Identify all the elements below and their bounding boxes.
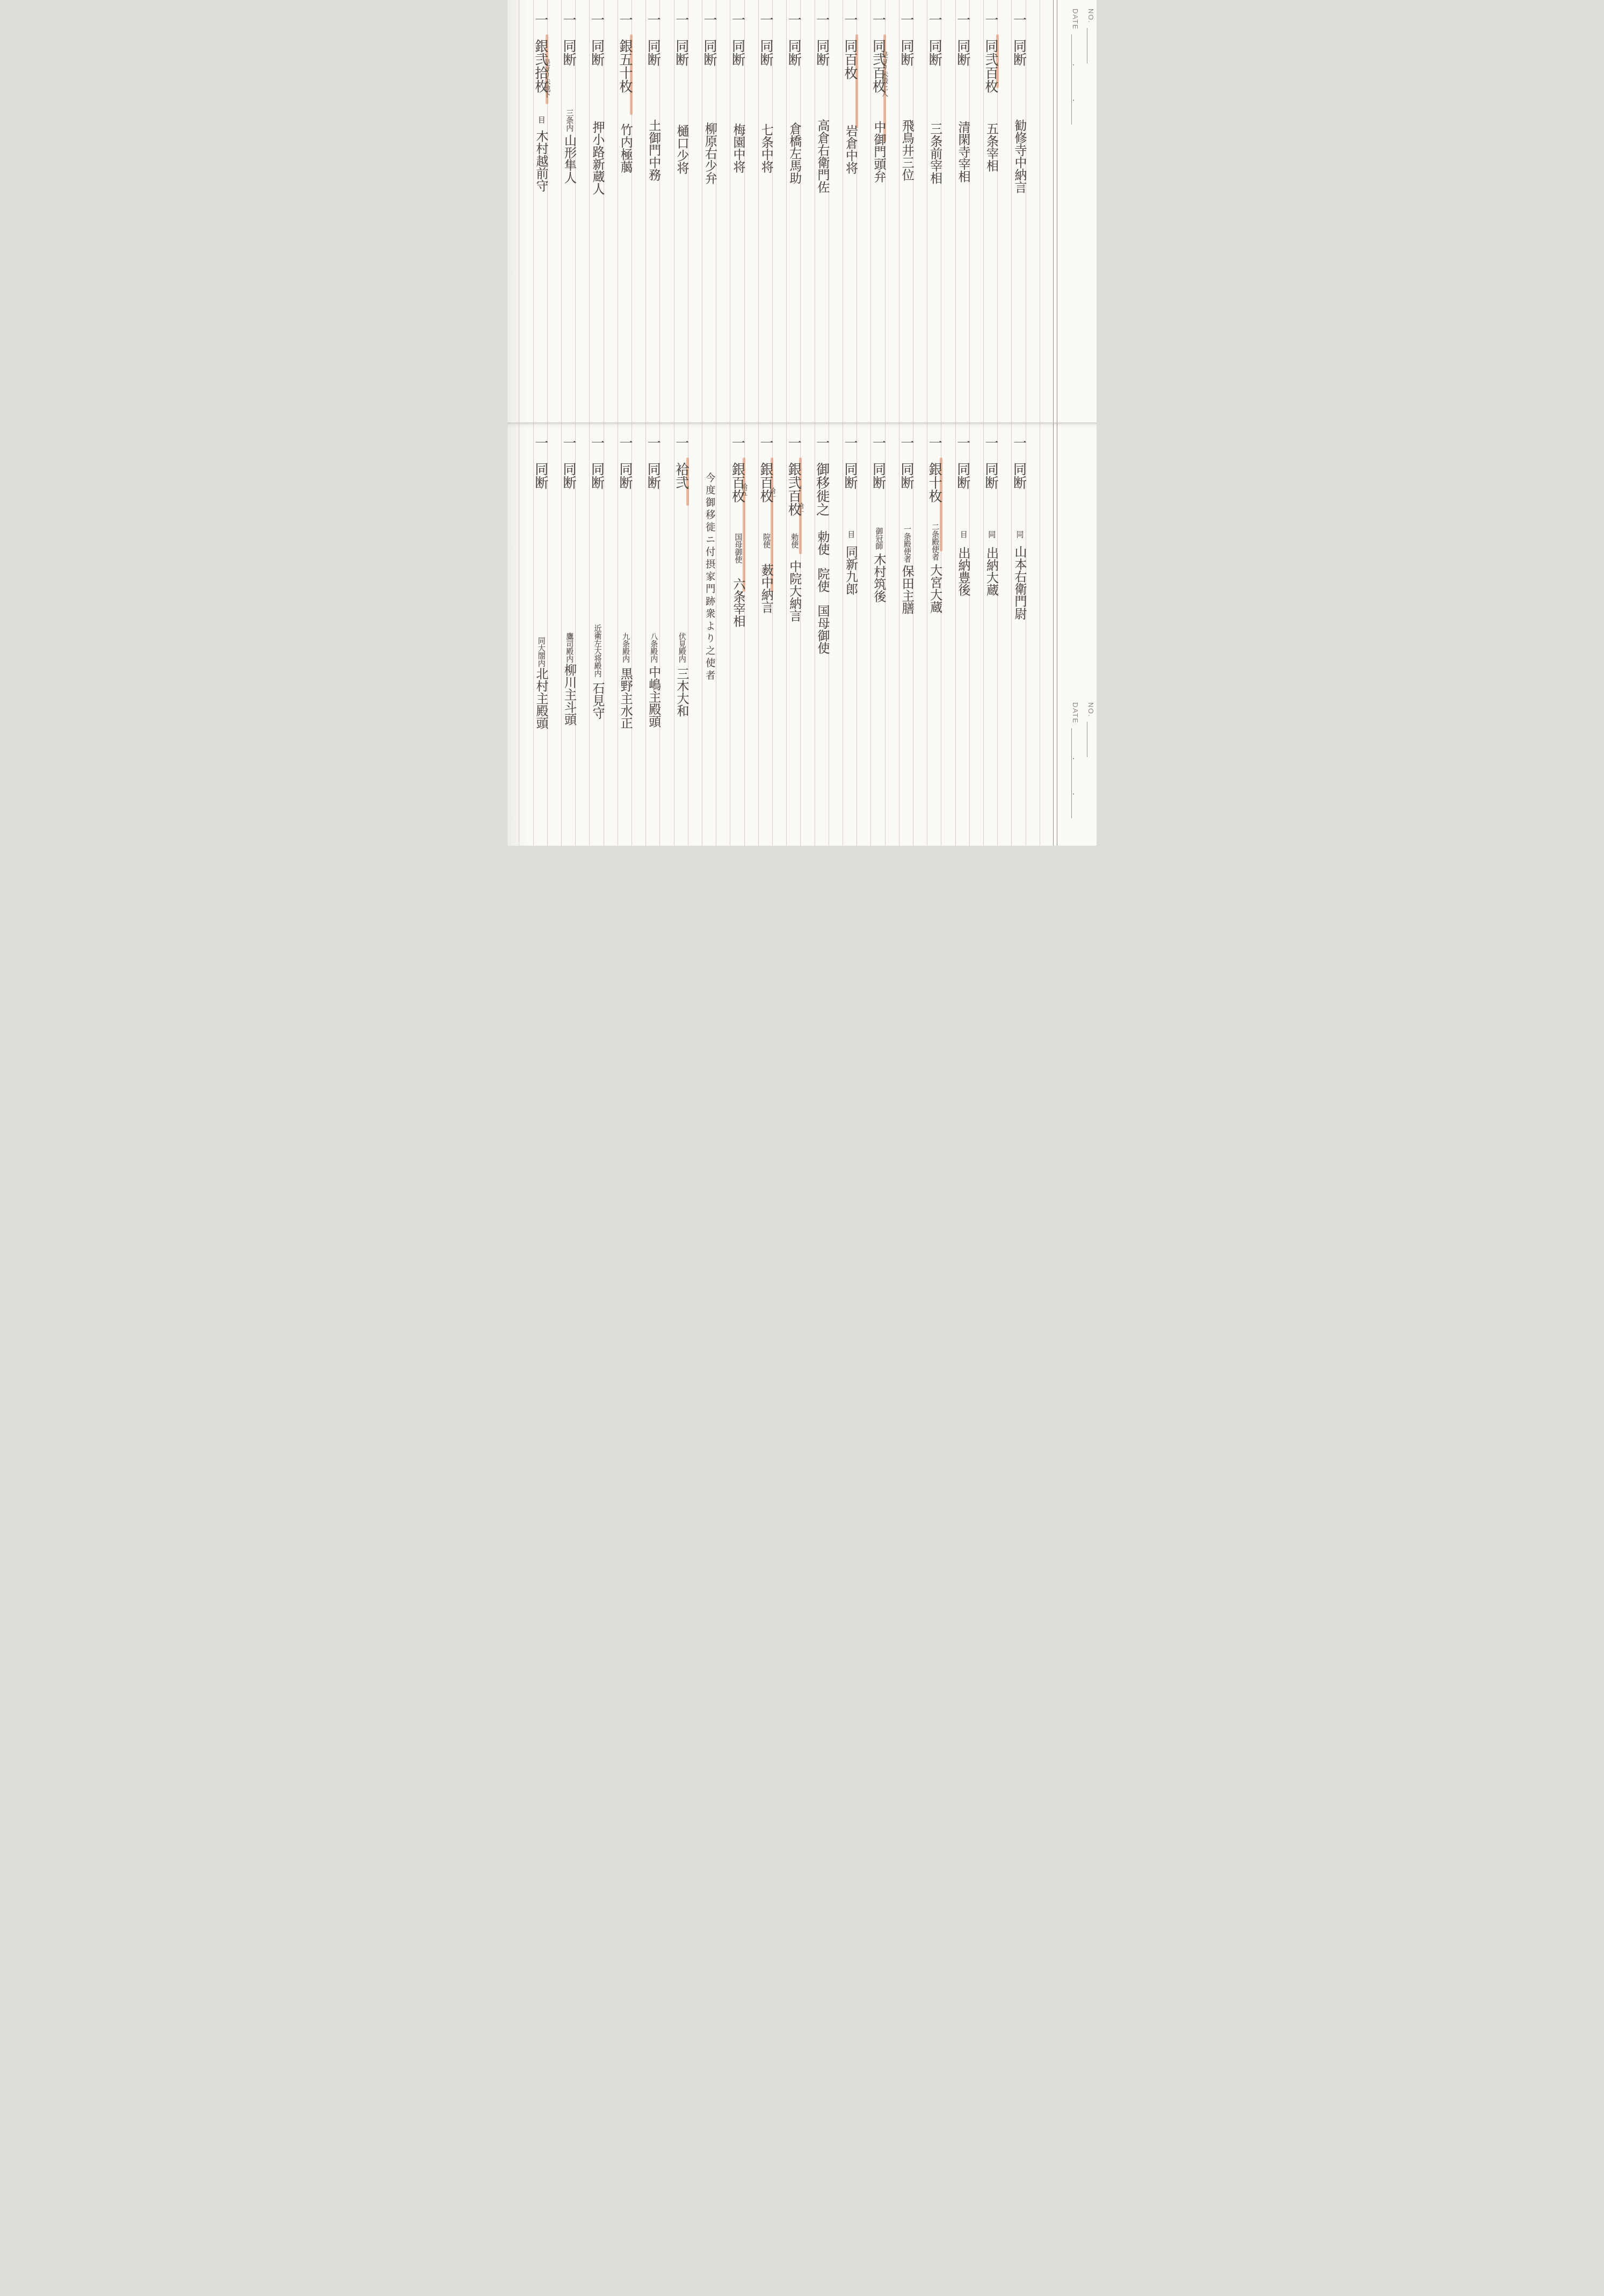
name-text: 大宮大蔵 bbox=[928, 564, 941, 613]
amount-text: 同断 bbox=[561, 39, 577, 66]
name-text: 三木大和 bbox=[675, 667, 688, 717]
entry-name-qualifier: 近衛左大将殿内 bbox=[583, 624, 611, 677]
entry-name: 中院大納言 bbox=[780, 560, 808, 622]
amount-text: 同断 bbox=[758, 39, 774, 66]
amount-text: 同断 bbox=[1012, 462, 1027, 489]
item-marker: 一 bbox=[758, 436, 774, 449]
name-text: 保田主膳 bbox=[900, 565, 913, 614]
entry-amount: 一同断 bbox=[696, 13, 724, 66]
name-text: 石見守 bbox=[591, 682, 604, 719]
entry-name: 薮中納言 bbox=[752, 564, 780, 613]
amount-text: 同断 bbox=[927, 39, 942, 66]
entry-amount: 一同断 bbox=[977, 436, 1005, 489]
item-marker: 一 bbox=[674, 13, 689, 26]
entry-amount: 一同断 bbox=[892, 436, 920, 489]
register-entry: 一同断 柳原右少弁 bbox=[696, 13, 724, 414]
entry-amount: 一同断 bbox=[724, 13, 752, 66]
entry-name-qualifier: 目 bbox=[837, 531, 865, 538]
entry-name-qualifier: 国母御使 bbox=[724, 533, 752, 563]
register-entry: 一同断 倉橋左馬助 bbox=[780, 13, 808, 414]
entry-columns: 一同断 勧修寺中納言 一同弐百枚 五条宰相 一同断 清閑寺宰相 一同断 三条前宰… bbox=[507, 0, 1097, 423]
entry-name-qualifier: 同大閤内 bbox=[527, 637, 555, 667]
item-marker: 一 bbox=[1012, 13, 1027, 26]
name-text: 中御門頭弁 bbox=[872, 121, 886, 183]
name-text: 高倉右衛門佐 bbox=[816, 119, 829, 193]
entry-amount: 一同断 bbox=[640, 436, 667, 489]
entry-name: 山本右衛門尉 bbox=[1005, 546, 1033, 620]
entry-name: 勅使 院使 国母御使 bbox=[808, 531, 836, 654]
entry-amount: 今度御移徙ニ付摂家門跡衆より之使者 bbox=[696, 460, 724, 682]
name-text: 樋口少将 bbox=[675, 125, 688, 174]
entry-side-note: 袷十 bbox=[768, 488, 775, 500]
register-entry: 一銀百枚 袷十 院使 薮中納言 bbox=[752, 436, 780, 837]
register-entry: 一銀弐百枚 袷十 勅使 中院大納言 bbox=[780, 436, 808, 837]
entry-name-qualifier: 八条殿内 bbox=[640, 633, 667, 663]
entry-amount: 一同断 bbox=[949, 436, 977, 489]
entry-name: 清閑寺宰相 bbox=[949, 121, 977, 183]
register-entry: 一同断 土御門中務 bbox=[640, 13, 667, 414]
name-text: 梅園中将 bbox=[731, 123, 745, 173]
entry-amount: 一同断 bbox=[1005, 13, 1033, 66]
name-qualifier-text: 同 bbox=[1015, 531, 1023, 538]
entry-name: 木村筑後 bbox=[865, 553, 892, 602]
item-marker: 一 bbox=[871, 436, 887, 449]
amount-text: 同断 bbox=[955, 39, 971, 66]
amount-text: 同断 bbox=[590, 462, 605, 489]
entry-name: 同新九郎 bbox=[837, 546, 865, 595]
entry-amount: 一同弐百枚 bbox=[977, 13, 1005, 93]
item-marker: 一 bbox=[955, 436, 971, 449]
item-marker: 一 bbox=[702, 13, 717, 26]
item-marker: 一 bbox=[843, 13, 858, 26]
entry-amount: 一袷弐 bbox=[667, 436, 695, 489]
name-text: 七条中将 bbox=[759, 123, 773, 173]
item-marker: 一 bbox=[674, 436, 689, 449]
entry-amount: 一同断 bbox=[921, 13, 949, 66]
register-entry: 一銀弐拾枚 是ヨリ未地下 目 木村越前守 bbox=[527, 13, 555, 414]
entry-name: 北村主殿頭 bbox=[527, 667, 555, 729]
entry-name: 大宮大蔵 bbox=[921, 564, 949, 613]
amount-text: 同断 bbox=[674, 39, 689, 66]
name-qualifier-text: 伏見殿内 bbox=[678, 633, 686, 663]
register-entry: 一銀十枚 二条殿使者 大宮大蔵 bbox=[921, 436, 949, 837]
name-text: 柳原右少弁 bbox=[703, 122, 716, 184]
entry-side-note: 是ヨリ未地下 bbox=[543, 59, 550, 98]
entry-name: 高倉右衛門佐 bbox=[808, 119, 836, 193]
side-note-text: 袷十 bbox=[768, 488, 775, 500]
entry-side-note: 袷十 bbox=[797, 503, 804, 515]
entry-name: 出納豊後 bbox=[949, 547, 977, 596]
register-entry: 一同百枚 岩倉中将 bbox=[837, 13, 865, 414]
item-marker: 一 bbox=[590, 13, 605, 26]
side-note-text: 袷十 bbox=[797, 503, 804, 515]
amount-text: 同断 bbox=[730, 39, 746, 66]
entry-name: 五条宰相 bbox=[977, 122, 1005, 172]
item-marker: 一 bbox=[561, 13, 577, 26]
register-entry: 一同弐百枚 是ヨリ未殿上人 中御門頭弁 bbox=[865, 13, 892, 414]
entry-name: 中嶋主殿頭 bbox=[640, 666, 667, 728]
name-text: 北村主殿頭 bbox=[534, 667, 548, 729]
name-qualifier-text: 三条内 bbox=[565, 109, 573, 132]
name-qualifier-text: 院使 bbox=[762, 533, 770, 548]
name-text: 木村筑後 bbox=[872, 553, 886, 602]
entry-amount: 一同断 bbox=[837, 436, 865, 489]
register-entry: 一袷弐 伏見殿内 三木大和 bbox=[667, 436, 695, 837]
entry-name-qualifier: 一条殿使者 bbox=[892, 525, 920, 563]
name-text: 竹内極﨟 bbox=[619, 123, 632, 173]
name-text: 清閑寺宰相 bbox=[956, 121, 970, 183]
name-text: 倉橋左馬助 bbox=[787, 122, 801, 184]
side-note-text: 袷五 bbox=[741, 483, 747, 496]
name-text: 勅使 院使 国母御使 bbox=[816, 531, 829, 654]
entry-name: 竹内極﨟 bbox=[611, 123, 639, 173]
name-text: 中嶋主殿頭 bbox=[647, 666, 660, 728]
register-entry: 一御移徙之 勅使 院使 国母御使 bbox=[808, 436, 836, 837]
entry-amount: 一銀五十枚 bbox=[611, 13, 639, 93]
amount-text: 今度御移徙ニ付摂家門跡衆より之使者 bbox=[704, 473, 715, 682]
register-entry: 一同断 高倉右衛門佐 bbox=[808, 13, 836, 414]
entry-amount: 一銀十枚 bbox=[921, 436, 949, 503]
register-entry: 一同断 飛鳥井三位 bbox=[892, 13, 920, 414]
amount-text: 同断 bbox=[871, 462, 887, 489]
item-marker: 一 bbox=[927, 13, 942, 26]
amount-text: 銀百枚 bbox=[730, 462, 746, 503]
register-entry: 一同断 九条殿内 黒野主水正 bbox=[611, 436, 639, 837]
entry-name: 土御門中務 bbox=[640, 119, 667, 181]
entry-amount: 一御移徙之 bbox=[808, 436, 836, 516]
entry-name-qualifier: 二条殿使者 bbox=[921, 523, 949, 561]
entry-amount: 一同断 bbox=[555, 13, 583, 66]
amount-text: 同断 bbox=[899, 462, 915, 489]
entry-name: 黒野主水正 bbox=[611, 667, 639, 729]
entry-name: 梅園中将 bbox=[724, 123, 752, 173]
register-entry: 一同断 三条内 山形隼人 bbox=[555, 13, 583, 414]
register-entry: 一同断 樋口少将 bbox=[667, 13, 695, 414]
entry-name-qualifier: 三条内 bbox=[555, 109, 583, 132]
item-marker: 一 bbox=[758, 13, 774, 26]
entry-name: 三木大和 bbox=[667, 667, 695, 717]
scanned-document: NO. DATE ・・ 一同断 勧修寺中納言 一同弐百枚 五条宰相 一同断 清閑… bbox=[507, 0, 1097, 845]
register-entry: 一同断 八条殿内 中嶋主殿頭 bbox=[640, 436, 667, 837]
item-marker: 一 bbox=[561, 436, 577, 449]
item-marker: 一 bbox=[871, 13, 887, 26]
entry-name: 柳川主斗頭 bbox=[555, 664, 583, 725]
name-text: 土御門中務 bbox=[647, 119, 660, 181]
name-text: 岩倉中将 bbox=[844, 125, 857, 174]
name-text: 出納大蔵 bbox=[984, 547, 998, 596]
entry-amount: 一同断 bbox=[527, 436, 555, 489]
name-qualifier-text: 目 bbox=[959, 531, 967, 538]
item-marker: 一 bbox=[786, 436, 802, 449]
entry-name: 山形隼人 bbox=[555, 134, 583, 184]
register-entry: 一同断 勧修寺中納言 bbox=[1005, 13, 1033, 414]
item-marker: 一 bbox=[645, 13, 661, 26]
register-entry: 一同断 梅園中将 bbox=[724, 13, 752, 414]
item-marker: 一 bbox=[645, 436, 661, 449]
name-text: 同新九郎 bbox=[844, 546, 857, 595]
name-text: 薮中納言 bbox=[759, 564, 773, 613]
entry-amount: 一同百枚 bbox=[837, 13, 865, 79]
entry-name: 六条宰相 bbox=[724, 578, 752, 627]
register-entry: 一同断 目 出納豊後 bbox=[949, 436, 977, 837]
entry-name: 押小路新蔵人 bbox=[583, 121, 611, 195]
name-text: 三条前宰相 bbox=[928, 122, 941, 184]
amount-text: 同断 bbox=[786, 39, 802, 66]
name-text: 柳川主斗頭 bbox=[562, 664, 576, 725]
entry-name-qualifier: 目 bbox=[527, 116, 555, 123]
name-qualifier-text: 目 bbox=[537, 116, 545, 123]
name-qualifier-text: 同 bbox=[987, 531, 995, 538]
entry-side-note: 袷五 bbox=[741, 483, 747, 496]
entry-amount: 一同断 bbox=[555, 436, 583, 489]
item-marker: 一 bbox=[786, 13, 802, 26]
amount-text: 同断 bbox=[983, 462, 999, 489]
item-marker: 一 bbox=[730, 13, 746, 26]
notebook-page-bottom: NO. DATE ・・ 一同断 同 山本右衛門尉 一同断 同 出納大蔵 一同断 … bbox=[507, 423, 1097, 846]
register-entry: 一同断 同大閤内 北村主殿頭 bbox=[527, 436, 555, 837]
entry-columns: 一同断 同 山本右衛門尉 一同断 同 出納大蔵 一同断 目 出納豊後 一銀十枚 … bbox=[507, 423, 1097, 846]
register-entry: 一同弐百枚 五条宰相 bbox=[977, 13, 1005, 414]
amount-text: 同断 bbox=[1012, 39, 1027, 66]
amount-text: 同断 bbox=[955, 462, 971, 489]
entry-name: 飛鳥井三位 bbox=[892, 119, 920, 181]
register-entry: 一銀百枚 袷五 国母御使 六条宰相 bbox=[724, 436, 752, 837]
entry-name-qualifier: 勅使 bbox=[780, 533, 808, 548]
entry-amount: 一同断 bbox=[583, 13, 611, 66]
entry-name: 勧修寺中納言 bbox=[1005, 119, 1033, 193]
item-marker: 一 bbox=[618, 13, 633, 26]
name-text: 出納豊後 bbox=[956, 547, 970, 596]
entry-amount: 一同断 bbox=[611, 436, 639, 489]
item-marker: 一 bbox=[983, 436, 999, 449]
item-marker: 一 bbox=[927, 436, 942, 449]
entry-name-qualifier: 目 bbox=[949, 531, 977, 538]
register-entry: 一同断 清閑寺宰相 bbox=[949, 13, 977, 414]
name-text: 木村越前守 bbox=[534, 130, 548, 192]
amount-text: 同断 bbox=[561, 462, 577, 489]
item-marker: 一 bbox=[843, 436, 858, 449]
entry-name-qualifier: 同 bbox=[977, 531, 1005, 538]
register-entry: 一同断 三条前宰相 bbox=[921, 13, 949, 414]
entry-amount: 一同断 bbox=[667, 13, 695, 66]
name-text: 中院大納言 bbox=[787, 560, 801, 622]
name-qualifier-text: 鷹司殿内 bbox=[565, 633, 573, 663]
name-text: 山形隼人 bbox=[562, 134, 576, 184]
register-entry: 一同断 近衛左大将殿内 石見守 bbox=[583, 436, 611, 837]
amount-text: 同断 bbox=[645, 462, 661, 489]
entry-name: 七条中将 bbox=[752, 123, 780, 173]
entry-name-qualifier: 鷹司殿内 bbox=[555, 633, 583, 663]
name-qualifier-text: 目 bbox=[846, 531, 854, 538]
entry-name: 岩倉中将 bbox=[837, 125, 865, 174]
item-marker: 一 bbox=[1012, 436, 1027, 449]
amount-text: 御移徙之 bbox=[815, 462, 830, 516]
item-marker: 一 bbox=[983, 13, 999, 26]
amount-text: 同断 bbox=[590, 39, 605, 66]
entry-amount: 一同断 bbox=[780, 13, 808, 66]
entry-name: 中御門頭弁 bbox=[865, 121, 892, 183]
name-text: 押小路新蔵人 bbox=[591, 121, 604, 195]
entry-name-qualifier: 御冠師 bbox=[865, 527, 892, 550]
register-entry: 一同断 目 同新九郎 bbox=[837, 436, 865, 837]
name-text: 飛鳥井三位 bbox=[900, 119, 913, 181]
amount-text: 同断 bbox=[618, 462, 633, 489]
register-entry: 一銀五十枚 竹内極﨟 bbox=[611, 13, 639, 414]
entry-name: 石見守 bbox=[583, 682, 611, 719]
entry-amount: 一同断 bbox=[583, 436, 611, 489]
name-text: 勧修寺中納言 bbox=[1013, 119, 1026, 193]
item-marker: 一 bbox=[618, 436, 633, 449]
register-entry: 一同断 同 山本右衛門尉 bbox=[1005, 436, 1033, 837]
amount-text: 銀五十枚 bbox=[618, 39, 633, 93]
entry-name: 出納大蔵 bbox=[977, 547, 1005, 596]
entry-name: 倉橋左馬助 bbox=[780, 122, 808, 184]
side-note-text: 是ヨリ未殿上人 bbox=[881, 52, 888, 97]
amount-text: 同断 bbox=[533, 462, 549, 489]
entry-amount: 一同断 bbox=[808, 13, 836, 66]
entry-name: 木村越前守 bbox=[527, 130, 555, 192]
side-note-text: 是ヨリ未地下 bbox=[543, 59, 550, 98]
name-qualifier-text: 勅使 bbox=[790, 533, 798, 548]
entry-amount: 一同断 bbox=[752, 13, 780, 66]
item-marker: 一 bbox=[955, 13, 971, 26]
amount-text: 袷弐 bbox=[674, 462, 689, 489]
register-entry: 一同断 押小路新蔵人 bbox=[583, 13, 611, 414]
amount-text: 同断 bbox=[815, 39, 830, 66]
amount-text: 同断 bbox=[702, 39, 717, 66]
entry-name: 三条前宰相 bbox=[921, 122, 949, 184]
name-qualifier-text: 九条殿内 bbox=[621, 633, 629, 663]
entry-amount: 一同断 bbox=[640, 13, 667, 66]
entry-name: 樋口少将 bbox=[667, 125, 695, 174]
register-entry: 一同断 一条殿使者 保田主膳 bbox=[892, 436, 920, 837]
item-marker: 一 bbox=[590, 436, 605, 449]
amount-text: 同弐百枚 bbox=[983, 39, 999, 93]
item-marker: 一 bbox=[730, 436, 746, 449]
amount-text: 同百枚 bbox=[843, 39, 858, 79]
register-entry: 今度御移徙ニ付摂家門跡衆より之使者 bbox=[696, 436, 724, 837]
name-qualifier-text: 二条殿使者 bbox=[931, 523, 939, 561]
name-qualifier-text: 御冠師 bbox=[874, 527, 882, 550]
item-marker: 一 bbox=[533, 436, 549, 449]
amount-text: 同断 bbox=[843, 462, 858, 489]
entry-name: 柳原右少弁 bbox=[696, 122, 724, 184]
item-marker: 一 bbox=[815, 13, 830, 26]
entry-amount: 一同断 bbox=[1005, 436, 1033, 489]
item-marker: 一 bbox=[899, 436, 915, 449]
name-text: 六条宰相 bbox=[731, 578, 745, 627]
register-entry: 一同断 同 出納大蔵 bbox=[977, 436, 1005, 837]
entry-amount: 一同断 bbox=[892, 13, 920, 66]
item-marker: 一 bbox=[899, 13, 915, 26]
name-qualifier-text: 同大閤内 bbox=[537, 637, 545, 667]
entry-name-qualifier: 同 bbox=[1005, 531, 1033, 538]
register-entry: 一同断 七条中将 bbox=[752, 13, 780, 414]
name-text: 黒野主水正 bbox=[619, 667, 632, 729]
entry-side-note: 是ヨリ未殿上人 bbox=[881, 52, 888, 97]
amount-text: 銀十枚 bbox=[927, 462, 942, 503]
entry-name-qualifier: 九条殿内 bbox=[611, 633, 639, 663]
name-qualifier-text: 八条殿内 bbox=[649, 633, 657, 663]
name-qualifier-text: 国母御使 bbox=[734, 533, 742, 563]
amount-text: 同断 bbox=[899, 39, 915, 66]
name-qualifier-text: 近衛左大将殿内 bbox=[593, 624, 601, 677]
amount-text: 同断 bbox=[645, 39, 661, 66]
notebook-page-top: NO. DATE ・・ 一同断 勧修寺中納言 一同弐百枚 五条宰相 一同断 清閑… bbox=[507, 0, 1097, 423]
name-qualifier-text: 一条殿使者 bbox=[903, 525, 911, 563]
item-marker: 一 bbox=[815, 436, 830, 449]
entry-amount: 一同断 bbox=[865, 436, 892, 489]
register-entry: 一同断 鷹司殿内 柳川主斗頭 bbox=[555, 436, 583, 837]
item-marker: 一 bbox=[533, 13, 549, 26]
name-text: 山本右衛門尉 bbox=[1013, 546, 1026, 620]
entry-name-qualifier: 伏見殿内 bbox=[667, 633, 695, 663]
entry-amount: 一同断 bbox=[949, 13, 977, 66]
entry-name: 保田主膳 bbox=[892, 565, 920, 614]
name-text: 五条宰相 bbox=[984, 122, 998, 172]
register-entry: 一同断 御冠師 木村筑後 bbox=[865, 436, 892, 837]
entry-name-qualifier: 院使 bbox=[752, 533, 780, 548]
